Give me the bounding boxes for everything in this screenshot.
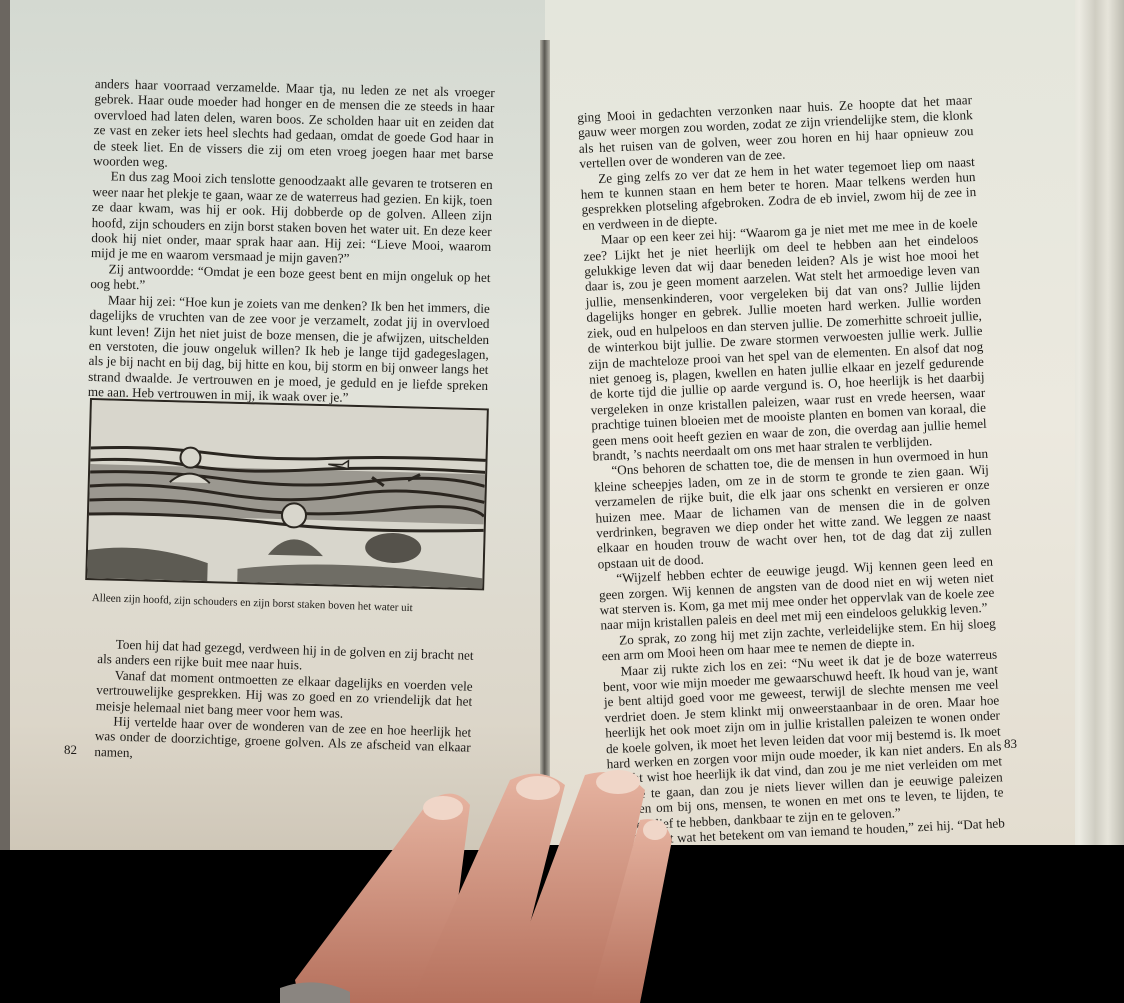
book-gutter xyxy=(540,40,550,820)
page-number-left: 82 xyxy=(64,742,77,758)
right-page-text: ging Mooi in gedachten verzonken naar hu… xyxy=(577,92,1006,864)
page-number-right: 83 xyxy=(1004,736,1017,752)
paragraph: “Ons behoren de schatten toe, die de men… xyxy=(593,446,992,572)
paragraph: anders haar voorraad verzamelde. Maar tj… xyxy=(93,76,495,177)
open-book: anders haar voorraad verzamelde. Maar tj… xyxy=(0,0,1124,1003)
illustration xyxy=(85,398,489,590)
hand xyxy=(280,760,700,1003)
paragraph: Maar op een keer zei hij: “Waarom ga je … xyxy=(583,215,988,464)
left-page-bottom-text: Toen hij dat had gezegd, verdween hij in… xyxy=(94,636,474,771)
beach-scene-drawing xyxy=(87,400,487,588)
left-page-top-text: anders haar voorraad verzamelde. Maar tj… xyxy=(88,76,495,409)
paragraph: En dus zag Mooi zich tenslotte genoodzaa… xyxy=(91,168,493,269)
paragraph: Maar hij zei: “Hoe kun je zoiets van me … xyxy=(88,292,490,409)
